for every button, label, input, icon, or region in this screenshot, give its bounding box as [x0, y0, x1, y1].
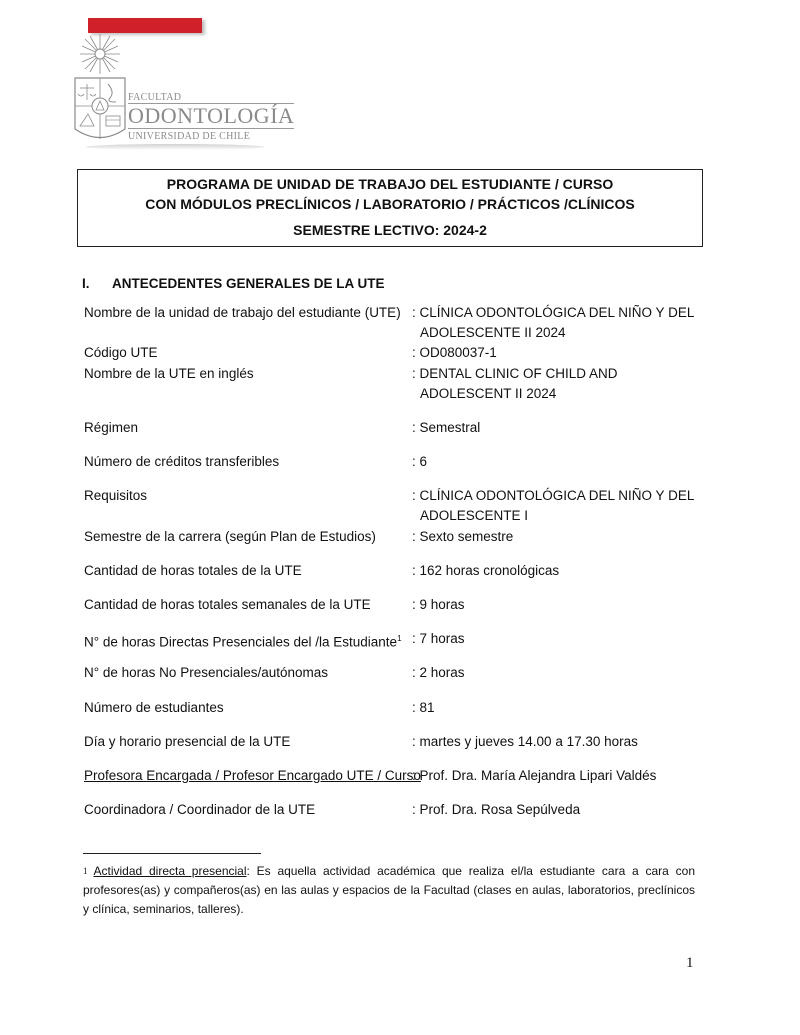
info-value-text: : 6 — [412, 454, 427, 469]
faculty-wordmark: FACULTAD ODONTOLOGÍA UNIVERSIDAD DE CHIL… — [128, 92, 294, 142]
footnote-reference: 1 — [397, 634, 401, 643]
info-value-text: : 2 horas — [412, 665, 465, 680]
info-label: N° de horas No Presenciales/autónomas — [84, 663, 328, 683]
info-value: : CLÍNICA ODONTOLÓGICA DEL NIÑO Y DELADO… — [412, 303, 694, 343]
info-value: : Prof. Dra. Rosa Sepúlveda — [412, 800, 580, 820]
info-label: Número de estudiantes — [84, 698, 224, 718]
faculty-name: ODONTOLOGÍA — [128, 103, 294, 129]
semester-title: SEMESTRE LECTIVO: 2024-2 — [78, 222, 702, 238]
info-value: : DENTAL CLINIC OF CHILD ANDADOLESCENT I… — [412, 364, 618, 404]
info-value: : OD080037-1 — [412, 343, 497, 363]
info-label: Nombre de la UTE en inglés — [84, 364, 254, 384]
info-value-text: : Semestral — [412, 420, 480, 435]
info-label: Cantidad de horas totales de la UTE — [84, 561, 302, 581]
info-value-continuation: ADOLESCENTE I — [412, 506, 694, 526]
info-value: : 162 horas cronológicas — [412, 561, 559, 581]
info-value-text: : Prof. Dra. María Alejandra Lipari Vald… — [412, 768, 656, 783]
faculty-label: FACULTAD — [128, 92, 294, 103]
section-title: ANTECEDENTES GENERALES DE LA UTE — [112, 276, 385, 291]
info-label: Coordinadora / Coordinador de la UTE — [84, 800, 315, 820]
title-line-1: PROGRAMA DE UNIDAD DE TRABAJO DEL ESTUDI… — [78, 176, 702, 192]
info-label: N° de horas Directas Presenciales del /l… — [84, 629, 402, 653]
page-number: 1 — [686, 955, 694, 972]
document-page: FACULTAD ODONTOLOGÍA UNIVERSIDAD DE CHIL… — [0, 0, 800, 1035]
info-value: : martes y jueves 14.00 a 17.30 horas — [412, 732, 638, 752]
info-label: Profesora Encargada / Profesor Encargado… — [84, 766, 421, 786]
info-value-text: : Sexto semestre — [412, 529, 513, 544]
info-value: : 9 horas — [412, 595, 465, 615]
info-value-text: : CLÍNICA ODONTOLÓGICA DEL NIÑO Y DEL — [412, 305, 694, 320]
info-value-continuation: ADOLESCENTE II 2024 — [412, 323, 694, 343]
info-value: : CLÍNICA ODONTOLÓGICA DEL NIÑO Y DELADO… — [412, 486, 694, 526]
footnote-mark: 1 — [83, 866, 88, 876]
info-label: Cantidad de horas totales semanales de l… — [84, 595, 371, 615]
section-number: I. — [82, 276, 112, 291]
info-value-text: : CLÍNICA ODONTOLÓGICA DEL NIÑO Y DEL — [412, 488, 694, 503]
info-value: : Sexto semestre — [412, 527, 513, 547]
info-value-text: : OD080037-1 — [412, 345, 497, 360]
university-name: UNIVERSIDAD DE CHILE — [128, 131, 294, 142]
info-value-text: : martes y jueves 14.00 a 17.30 horas — [412, 734, 638, 749]
info-value: : 81 — [412, 698, 435, 718]
info-value-text: : Prof. Dra. Rosa Sepúlveda — [412, 802, 580, 817]
info-value-text: : 7 horas — [412, 631, 465, 646]
brand-red-bar — [88, 18, 202, 33]
logo-shadow — [86, 144, 264, 150]
info-label: Día y horario presencial de la UTE — [84, 732, 290, 752]
info-value-text: : 9 horas — [412, 597, 465, 612]
title-line-2: CON MÓDULOS PRECLÍNICOS / LABORATORIO / … — [78, 196, 702, 212]
info-value-text: : 81 — [412, 700, 435, 715]
info-value-text: : 162 horas cronológicas — [412, 563, 559, 578]
info-value-text: : DENTAL CLINIC OF CHILD AND — [412, 366, 618, 381]
info-value-continuation: ADOLESCENT II 2024 — [412, 384, 618, 404]
info-label: Régimen — [84, 418, 138, 438]
info-label: Código UTE — [84, 343, 158, 363]
university-crest-icon — [70, 34, 130, 149]
info-value: : Semestral — [412, 418, 480, 438]
info-label: Número de créditos transferibles — [84, 452, 279, 472]
program-title-box: PROGRAMA DE UNIDAD DE TRABAJO DEL ESTUDI… — [77, 169, 703, 247]
footnote-term: Actividad directa presencial — [94, 864, 247, 878]
info-label: Semestre de la carrera (según Plan de Es… — [84, 527, 376, 547]
section-heading: I.ANTECEDENTES GENERALES DE LA UTE — [82, 276, 385, 291]
info-value: : 6 — [412, 452, 427, 472]
footnote: 1Actividad directa presencial: Es aquell… — [83, 862, 695, 919]
info-value: : 7 horas — [412, 629, 465, 649]
footnote-separator — [83, 853, 261, 854]
info-label: Requisitos — [84, 486, 147, 506]
info-value: : Prof. Dra. María Alejandra Lipari Vald… — [412, 766, 656, 786]
info-value: : 2 horas — [412, 663, 465, 683]
info-label: Nombre de la unidad de trabajo del estud… — [84, 303, 401, 323]
